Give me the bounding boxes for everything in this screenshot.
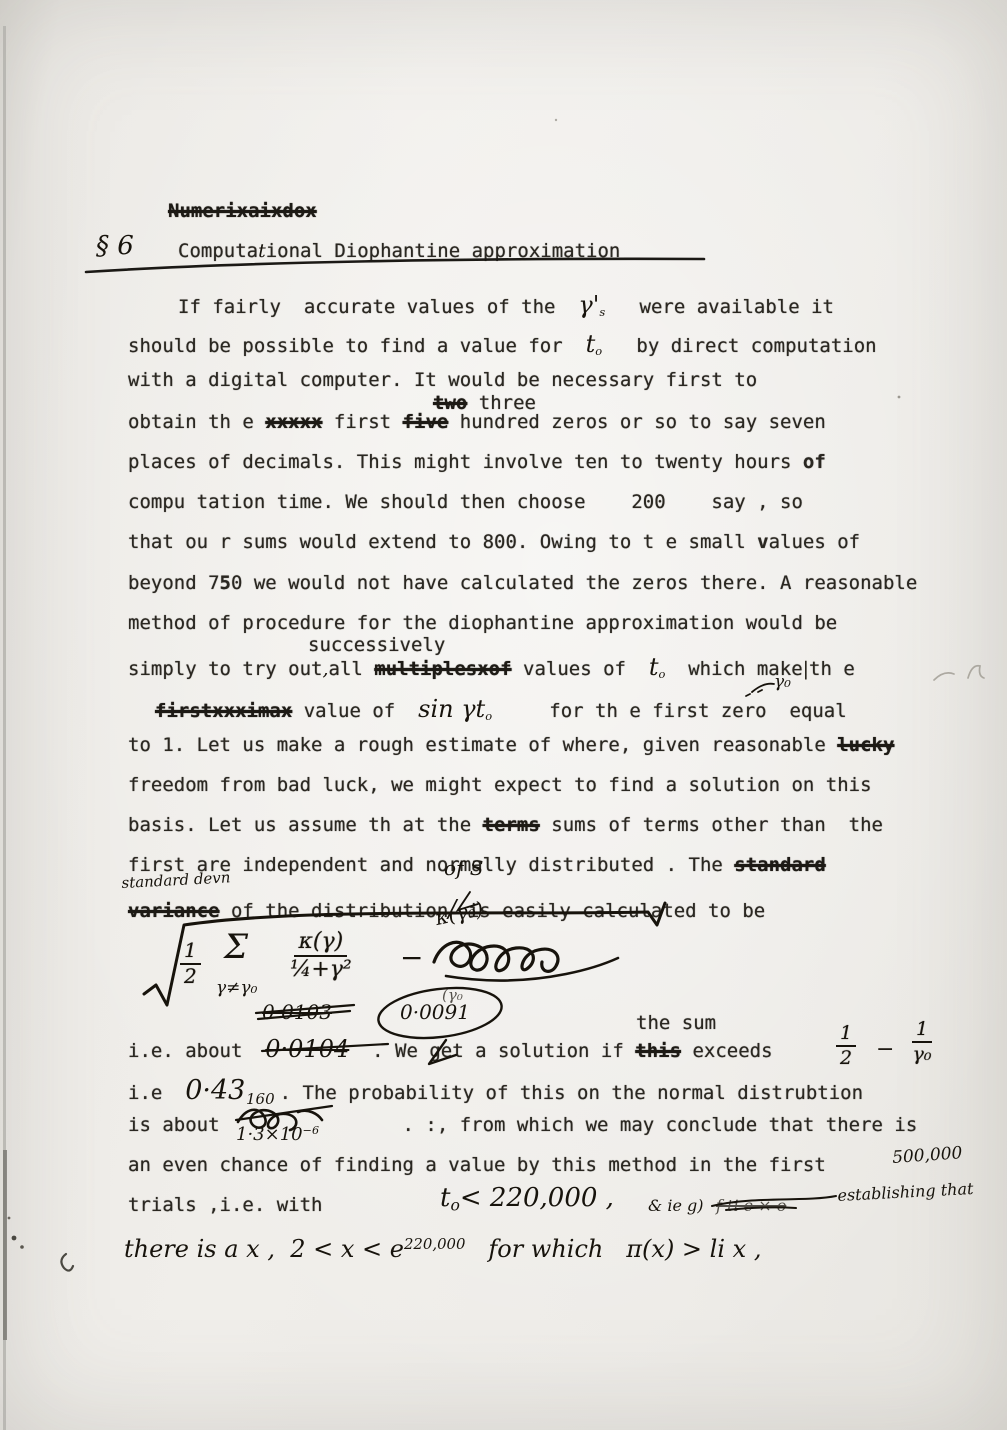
- hand-fraction: 12: [836, 1022, 856, 1068]
- typed-text: places of decimals. This might involve t…: [128, 451, 803, 473]
- fraction-part: γ₀: [913, 1043, 932, 1065]
- typed-text: should be possible to find a value for: [128, 335, 586, 357]
- handwritten-text: there is a x , 2 < x < e: [124, 1235, 404, 1263]
- text-line: basis. Let us assume th at the terms sum…: [128, 814, 883, 838]
- text-line: with a digital computer. It would be nec…: [128, 369, 757, 393]
- handwritten-text: Σ: [224, 927, 248, 967]
- text-line: to 1. Let us make a rough estimate of wh…: [128, 734, 894, 758]
- typed-text: ional Diophantine approximation: [266, 240, 621, 262]
- text-line: should be possible to find a value for t…: [128, 329, 877, 359]
- handwritten-text: t: [258, 240, 266, 262]
- text-line: that ou r sums would extend to 800. Owin…: [128, 531, 860, 555]
- text-line: trials ,i.e. with: [128, 1194, 322, 1218]
- typed-text: standard: [734, 854, 826, 876]
- typed-text: i.e: [128, 1082, 185, 1104]
- typed-text: th e: [809, 658, 855, 680]
- handwritten-text: < 220,000 ,: [460, 1183, 614, 1213]
- handwritten-text: o: [450, 1196, 459, 1214]
- typed-text: basis. Let us assume th at the: [128, 814, 483, 836]
- handwritten-text: t: [586, 330, 596, 358]
- handwritten-insertion: of S: [444, 856, 484, 881]
- text-line: freedom from bad luck, we might expect t…: [128, 774, 872, 798]
- typed-text: five: [403, 411, 449, 433]
- paper-speck: [555, 119, 557, 121]
- typed-text: i.e. about: [128, 1040, 265, 1062]
- text-line: beyond 750 we would not have calculated …: [128, 572, 917, 596]
- hand-fraction-kernel: κ(γ)¼+γ²: [290, 928, 352, 982]
- typed-text: method of procedure for the diophantine …: [128, 612, 837, 634]
- ink-speck: [8, 1217, 11, 1220]
- typed-text: . The probability of this on the normal …: [245, 1082, 863, 1104]
- fraction-part: κ(γ): [294, 930, 347, 957]
- handwritten-text: f ti e × o: [716, 1196, 786, 1215]
- handwritten-text: −: [876, 1037, 894, 1062]
- typed-text: all: [329, 658, 375, 680]
- scanned-page: Numerixaixdox§ 6Computational Diophantin…: [0, 0, 1007, 1430]
- text-line: simply to try out,all multiplesxof value…: [128, 652, 855, 682]
- scribble-strike: [446, 958, 618, 981]
- typed-text: 5: [220, 572, 231, 594]
- ink-speck: [12, 1236, 17, 1241]
- paper-speck: [898, 396, 901, 399]
- handwritten-text: 1·3×10: [236, 1124, 303, 1145]
- typed-text: with a digital computer. It would be nec…: [128, 369, 757, 391]
- text-line: compu tation time. We should then choose…: [128, 491, 803, 515]
- text-line: i.e 0·43 . The probability of this on th…: [128, 1074, 863, 1108]
- hand-fraction: 12: [180, 940, 201, 987]
- handwritten-text: 160: [246, 1090, 275, 1108]
- typed-text: sums of terms other than the: [540, 814, 883, 836]
- handwritten-text: & ie g): [648, 1196, 703, 1215]
- typed-text: this: [635, 1040, 681, 1062]
- typed-text: were available it: [605, 296, 834, 318]
- handwritten-text: t: [649, 653, 659, 681]
- typed-text: variance: [128, 900, 220, 922]
- hand-fraction: 12: [836, 1023, 856, 1068]
- handwritten-text: 0·0103: [262, 1000, 332, 1024]
- text-line: firstxxximax value of sin γto for th e f…: [155, 694, 847, 724]
- handwritten-text: establishing that: [837, 1179, 974, 1205]
- hand-estimate-old: 160: [246, 1090, 275, 1109]
- hand-note: establishing that: [837, 1179, 974, 1206]
- typed-text: xxxxx: [265, 411, 322, 433]
- typed-text: by direct computation: [602, 335, 877, 357]
- hand-minus: −: [400, 940, 423, 975]
- inserted-symbol: γ₀: [774, 672, 791, 693]
- handwritten-text: for which π(x) > li x ,: [465, 1235, 761, 1263]
- ink-speck-curl: [61, 1254, 73, 1271]
- typed-text: 0 we would not have calculated the zeros…: [231, 572, 917, 594]
- struck-heading: Numerixaixdox: [168, 200, 317, 224]
- handwritten-text: 0·0091: [400, 1000, 470, 1024]
- hand-fraction-half: 12: [180, 938, 201, 987]
- typed-text: multiplesxof: [374, 658, 511, 680]
- typed-text: an even chance of finding a value by thi…: [128, 1154, 826, 1176]
- hand-number: 500,000: [892, 1143, 964, 1169]
- handwritten-text: § 6: [96, 231, 134, 261]
- hand-minus: −: [876, 1036, 894, 1064]
- typed-text: values of: [512, 658, 649, 680]
- typed-text: that ou r sums would extend to 800. Owin…: [128, 531, 757, 553]
- handwritten-text: sin γt: [418, 695, 485, 723]
- typed-text: trials ,i.e. with: [128, 1194, 322, 1216]
- handwritten-text: 0·0104: [265, 1035, 349, 1063]
- handwritten-text: 500,000: [892, 1143, 964, 1168]
- handwritten-text: 0·43: [185, 1075, 245, 1106]
- ink-speck: [20, 1245, 24, 1249]
- scribble-blob: [434, 942, 558, 971]
- scan-edge: [3, 26, 6, 1430]
- typed-text: of the distribution: [220, 900, 449, 922]
- text-line: an even chance of finding a value by thi…: [128, 1154, 826, 1178]
- typed-text: v: [757, 531, 768, 553]
- text-line: places of decimals. This might involve t…: [128, 451, 826, 475]
- section-number: § 6: [96, 230, 134, 263]
- hand-fraction: 1γ₀: [912, 1018, 932, 1064]
- typed-text: first: [322, 411, 402, 433]
- typed-text: compu tation time. We should then choose…: [128, 491, 803, 513]
- handwritten-text: γ₀: [774, 672, 791, 692]
- handwritten-text: of S: [444, 856, 484, 880]
- typed-text: is about: [128, 1114, 231, 1136]
- fraction-part: 2: [184, 965, 197, 988]
- typed-text: Computa: [178, 240, 258, 262]
- fraction-part: 1: [836, 1023, 856, 1047]
- typed-text: . We get a solution if: [349, 1040, 635, 1062]
- hand-sum-limits: γ≠γ₀: [216, 978, 257, 999]
- fraction-part: 1: [912, 1019, 932, 1043]
- circled-value: 0·0091: [400, 1000, 470, 1025]
- typed-text: to 1. Let us make a rough estimate of wh…: [128, 734, 837, 756]
- typed-text: lucky: [837, 734, 894, 756]
- hand-inequality: to< 220,000 ,: [440, 1182, 614, 1216]
- struck-value: 0·0103: [262, 1000, 332, 1025]
- typed-text: of: [803, 451, 826, 473]
- handwritten-text: t: [440, 1183, 450, 1213]
- section-heading: Computational Diophantine approximation: [178, 240, 620, 264]
- hand-sum-sign: Σ: [224, 926, 248, 969]
- handwritten-text: −: [400, 941, 423, 974]
- hand-fraction: 1γ₀: [912, 1019, 932, 1064]
- fraction-part: 2: [840, 1047, 852, 1069]
- text-line: obtain th e xxxxx first five hundred zer…: [128, 411, 826, 435]
- typed-text: . :, from which we may conclude that the…: [403, 1114, 918, 1136]
- struck-scribble: f ti e × o: [716, 1196, 786, 1216]
- typed-text: value of: [292, 700, 418, 722]
- hand-fraction: κ(γ)¼+γ²: [290, 930, 352, 982]
- typed-text: is easily calculated to be: [456, 900, 765, 922]
- margin-scribble: [934, 666, 984, 680]
- handwritten-text: γ≠γ₀: [216, 978, 257, 998]
- text-line: If fairly accurate values of the γ's wer…: [178, 290, 834, 320]
- typed-text: simply to try out: [128, 658, 322, 680]
- text-line: method of procedure for the diophantine …: [128, 612, 837, 636]
- handwritten-line: there is a x , 2 < x < e220,000 for whic…: [124, 1234, 761, 1264]
- typed-text: hundred zeros or so to say seven: [448, 411, 826, 433]
- typed-text: terms: [483, 814, 540, 836]
- hand-estimate: 1·3×10−6: [236, 1124, 319, 1147]
- typed-text: obtain th e: [128, 411, 265, 433]
- text-line: i.e. about 0·0104 . We get a solution if…: [128, 1034, 773, 1064]
- typed-text: If fairly accurate values of the: [178, 296, 578, 318]
- typed-text: freedom from bad luck, we might expect t…: [128, 774, 872, 796]
- typed-text: the sum: [636, 1012, 716, 1034]
- typed-text: beyond 7: [128, 572, 220, 594]
- typed-text: Numerixaixdox: [168, 200, 317, 222]
- fraction-part: 1: [180, 940, 201, 965]
- interline-correction: the sum: [636, 1012, 716, 1036]
- hand-note: & ie g): [648, 1196, 703, 1216]
- typed-text: firstxxximax: [155, 700, 292, 722]
- typed-text: alues of: [769, 531, 861, 553]
- handwritten-text: γ': [578, 291, 599, 319]
- typed-text: for th e first zero equal: [492, 700, 847, 722]
- handwritten-text: −6: [303, 1124, 319, 1137]
- typed-text: exceeds: [681, 1040, 773, 1062]
- scan-edge-dark: [3, 1150, 7, 1340]
- handwritten-text: 220,000: [404, 1235, 466, 1253]
- fraction-part: ¼+γ²: [290, 957, 352, 982]
